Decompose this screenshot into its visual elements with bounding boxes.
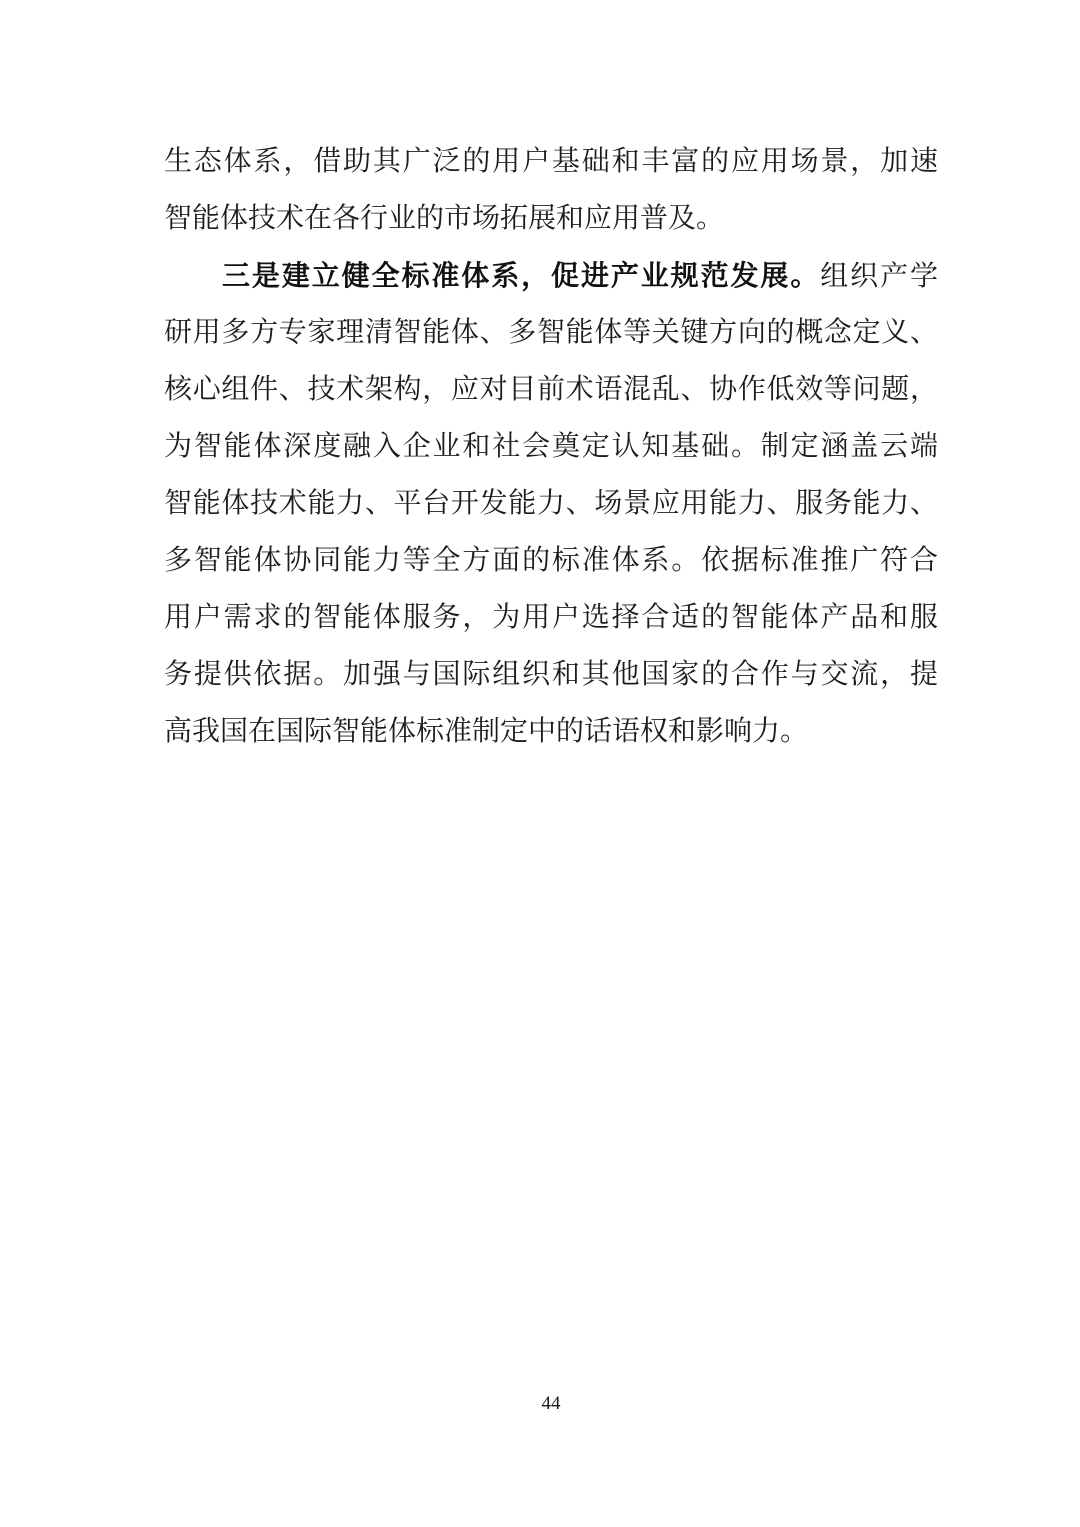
paragraph-2-line-4: 为智能体深度融入企业和社会奠定认知基础。制定涵盖云端 <box>164 418 938 475</box>
paragraph-2-line-3: 核心组件、技术架构，应对目前术语混乱、协作低效等问题， <box>164 361 938 418</box>
page-body-text: 生态体系，借助其广泛的用户基础和丰富的应用场景，加速 智能体技术在各行业的市场拓… <box>164 133 938 760</box>
paragraph-2-line-7: 用户需求的智能体服务，为用户选择合适的智能体产品和服 <box>164 589 938 646</box>
paragraph-2-line-5: 智能体技术能力、平台开发能力、场景应用能力、服务能力、 <box>164 475 938 532</box>
paragraph-2-line-2: 研用多方专家理清智能体、多智能体等关键方向的概念定义、 <box>164 304 938 361</box>
paragraph-2-line-1-text: 组织产学 <box>820 261 938 292</box>
document-page: 生态体系，借助其广泛的用户基础和丰富的应用场景，加速 智能体技术在各行业的市场拓… <box>0 0 1080 1527</box>
paragraph-1-line-1: 生态体系，借助其广泛的用户基础和丰富的应用场景，加速 <box>164 133 938 190</box>
section-heading: 三是建立健全标准体系，促进产业规范发展。 <box>222 260 820 291</box>
paragraph-2-line-1: 三是建立健全标准体系，促进产业规范发展。组织产学 <box>164 247 938 304</box>
paragraph-2-line-6: 多智能体协同能力等全方面的标准体系。依据标准推广符合 <box>164 532 938 589</box>
paragraph-2-line-8: 务提供依据。加强与国际组织和其他国家的合作与交流，提 <box>164 646 938 703</box>
paragraph-2-line-9: 高我国在国际智能体标准制定中的话语权和影响力。 <box>164 703 938 760</box>
page-number: 44 <box>542 1393 561 1414</box>
page-footer: 44 <box>164 1390 938 1418</box>
paragraph-1-line-2: 智能体技术在各行业的市场拓展和应用普及。 <box>164 190 938 247</box>
